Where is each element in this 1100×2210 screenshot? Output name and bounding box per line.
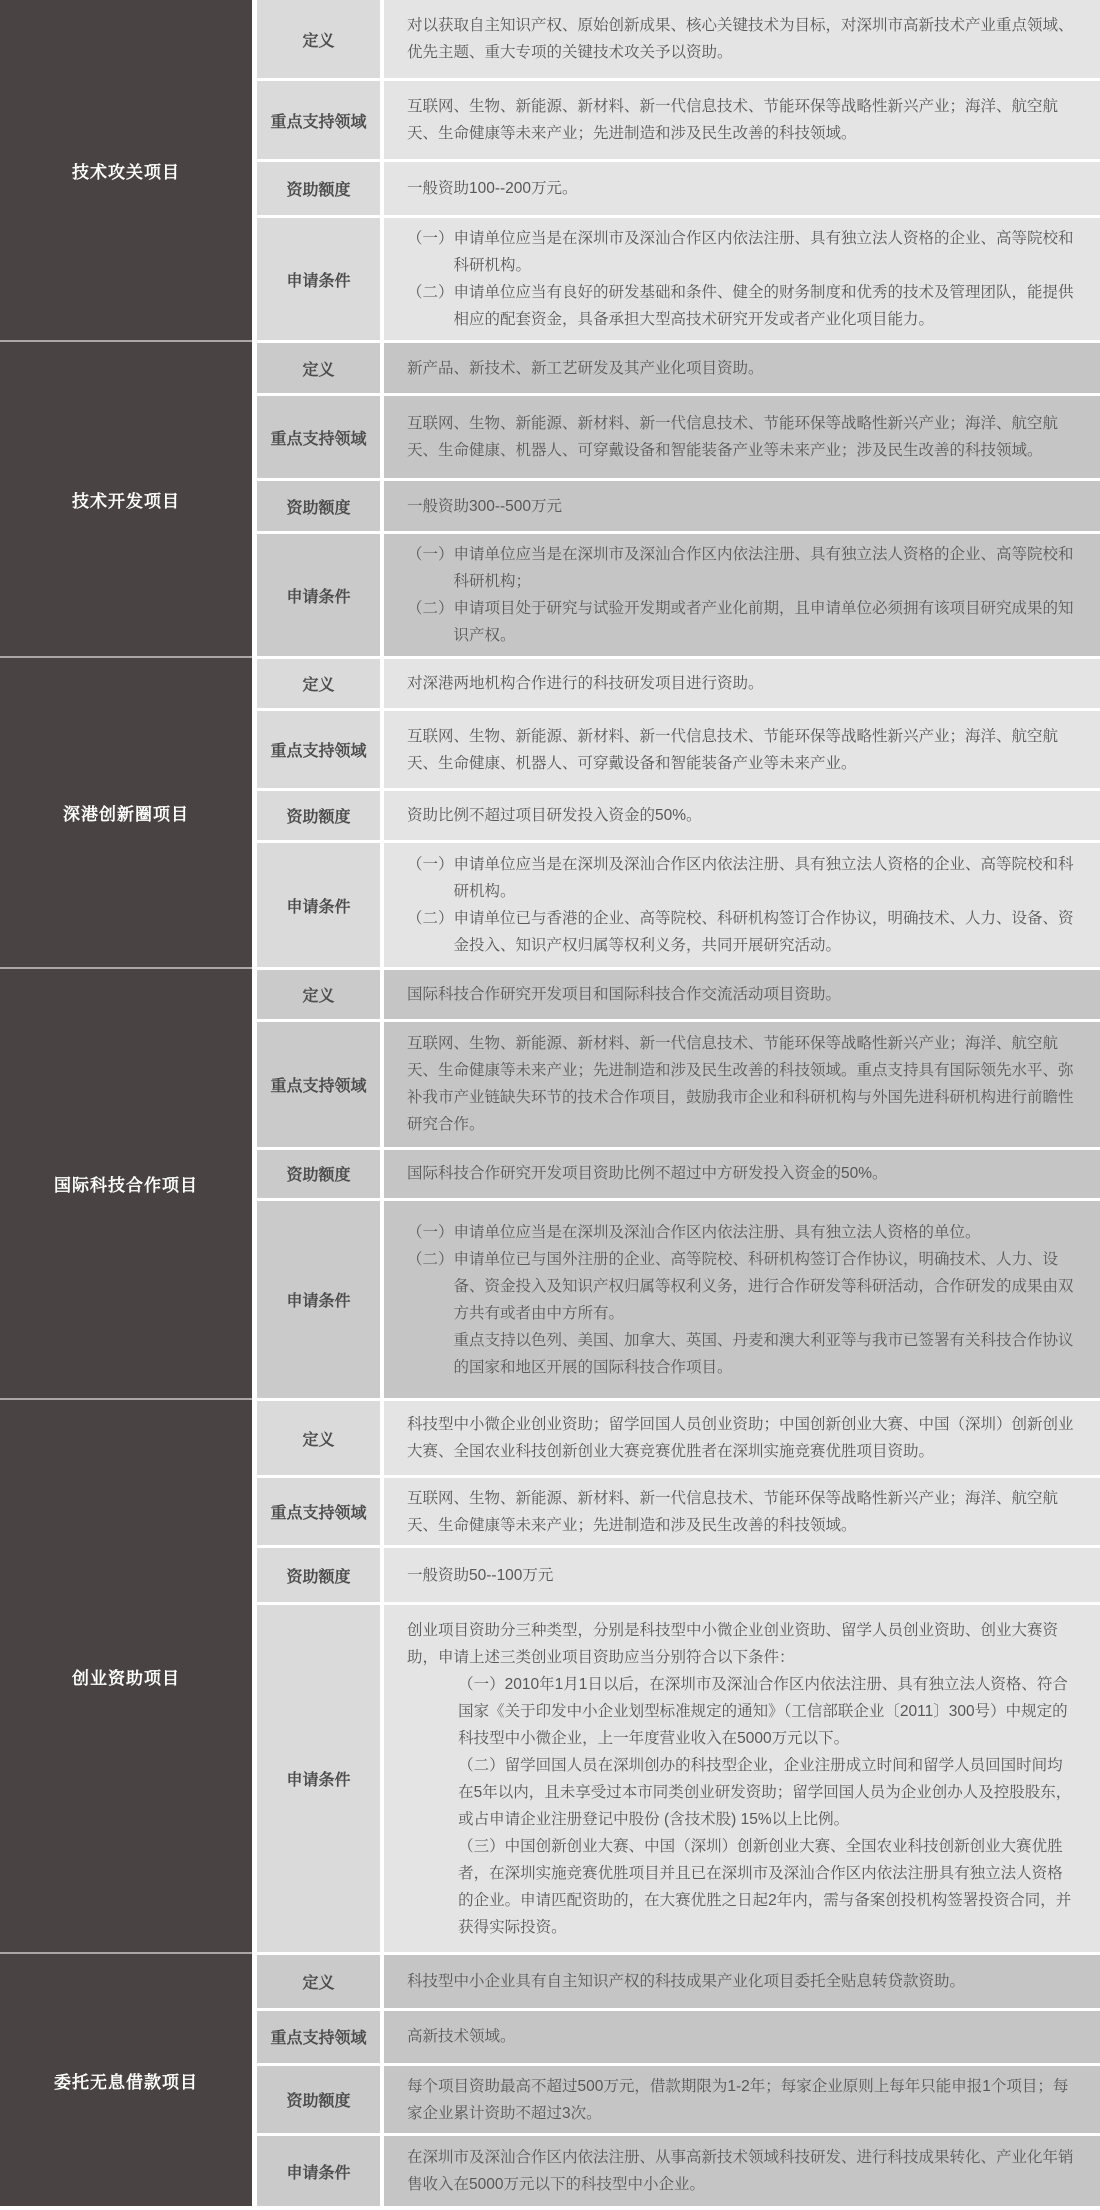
row-label: 重点支持领域: [257, 1478, 380, 1545]
row-label: 重点支持领域: [257, 1022, 380, 1147]
project-title: 深港创新圈项目: [0, 656, 252, 967]
row-label: 申请条件: [257, 2136, 380, 2206]
row-label: 重点支持领域: [257, 396, 380, 478]
table-row: 资助额度一般资助300--500万元: [257, 481, 1100, 531]
content-paragraph: 资助比例不超过项目研发投入资金的50%。: [407, 802, 1078, 829]
table-row: 定义科技型中小微企业创业资助；留学回国人员创业资助；中国创新创业大赛、中国（深圳…: [257, 1401, 1100, 1475]
project-title: 技术开发项目: [0, 340, 252, 656]
project-section: 委托无息借款项目定义科技型中小企业具有自主知识产权的科技成果产业化项目委托全贴息…: [0, 1952, 1100, 2206]
row-label: 重点支持领域: [257, 711, 380, 788]
row-content: 在深圳市及深汕合作区内依法注册、从事高新技术领域科技研发、进行科技成果转化、产业…: [384, 2136, 1100, 2206]
project-title: 创业资助项目: [0, 1398, 252, 1952]
row-label: 申请条件: [257, 1201, 380, 1398]
table-row: 重点支持领域互联网、生物、新能源、新材料、新一代信息技术、节能环保等战略性新兴产…: [257, 1022, 1100, 1147]
content-paragraph: （一）申请单位应当是在深圳及深汕合作区内依法注册、具有独立法人资格的单位。: [407, 1219, 1078, 1246]
table-row: 重点支持领域互联网、生物、新能源、新材料、新一代信息技术、节能环保等战略性新兴产…: [257, 81, 1100, 159]
project-title: 委托无息借款项目: [0, 1952, 252, 2206]
content-paragraph: 对深港两地机构合作进行的科技研发项目进行资助。: [407, 670, 1078, 697]
row-label: 资助额度: [257, 791, 380, 840]
table-row: 资助额度资助比例不超过项目研发投入资金的50%。: [257, 791, 1100, 840]
row-content: 对以获取自主知识产权、原始创新成果、核心关键技术为目标，对深圳市高新技术产业重点…: [384, 0, 1100, 78]
row-content: 高新技术领域。: [384, 2011, 1100, 2064]
content-paragraph: 互联网、生物、新能源、新材料、新一代信息技术、节能环保等战略性新兴产业；海洋、航…: [407, 93, 1078, 147]
project-title: 技术攻关项目: [0, 0, 252, 340]
table-row: 资助额度每个项目资助最高不超过500万元，借款期限为1-2年；每家企业原则上每年…: [257, 2066, 1100, 2133]
row-content: 资助比例不超过项目研发投入资金的50%。: [384, 791, 1100, 840]
row-content: 创业项目资助分三种类型，分别是科技型中小微企业创业资助、留学人员创业资助、创业大…: [384, 1605, 1100, 1952]
content-paragraph: 创业项目资助分三种类型，分别是科技型中小微企业创业资助、留学人员创业资助、创业大…: [407, 1617, 1078, 1671]
table-row: 申请条件在深圳市及深汕合作区内依法注册、从事高新技术领域科技研发、进行科技成果转…: [257, 2136, 1100, 2206]
row-content: （一）申请单位应当是在深圳及深汕合作区内依法注册、具有独立法人资格的单位。（二）…: [384, 1201, 1100, 1398]
table-row: 定义对以获取自主知识产权、原始创新成果、核心关键技术为目标，对深圳市高新技术产业…: [257, 0, 1100, 78]
project-section: 国际科技合作项目定义国际科技合作研究开发项目和国际科技合作交流活动项目资助。重点…: [0, 967, 1100, 1398]
row-content: 一般资助100--200万元。: [384, 162, 1100, 215]
row-label: 申请条件: [257, 218, 380, 340]
row-content: 互联网、生物、新能源、新材料、新一代信息技术、节能环保等战略性新兴产业；海洋、航…: [384, 1022, 1100, 1147]
content-paragraph: 国际科技合作研究开发项目资助比例不超过中方研发投入资金的50%。: [407, 1160, 1078, 1187]
row-content: （一）申请单位应当是在深圳市及深汕合作区内依法注册、具有独立法人资格的企业、高等…: [384, 218, 1100, 340]
table-row: 重点支持领域互联网、生物、新能源、新材料、新一代信息技术、节能环保等战略性新兴产…: [257, 711, 1100, 788]
content-paragraph: 一般资助300--500万元: [407, 493, 1078, 520]
section-rows: 定义新产品、新技术、新工艺研发及其产业化项目资助。重点支持领域互联网、生物、新能…: [257, 340, 1100, 656]
content-paragraph: 国际科技合作研究开发项目和国际科技合作交流活动项目资助。: [407, 981, 1078, 1008]
content-paragraph: （二）申请单位已与国外注册的企业、高等院校、科研机构签订合作协议，明确技术、人力…: [407, 1246, 1078, 1327]
table-row: 申请条件（一）申请单位应当是在深圳市及深汕合作区内依法注册、具有独立法人资格的企…: [257, 218, 1100, 340]
section-rows: 定义国际科技合作研究开发项目和国际科技合作交流活动项目资助。重点支持领域互联网、…: [257, 967, 1100, 1398]
table-row: 资助额度国际科技合作研究开发项目资助比例不超过中方研发投入资金的50%。: [257, 1150, 1100, 1199]
row-content: （一）申请单位应当是在深圳市及深汕合作区内依法注册、具有独立法人资格的企业、高等…: [384, 534, 1100, 656]
table-row: 申请条件（一）申请单位应当是在深圳市及深汕合作区内依法注册、具有独立法人资格的企…: [257, 534, 1100, 656]
content-paragraph: 一般资助100--200万元。: [407, 175, 1078, 202]
content-paragraph: （二）申请项目处于研究与试验开发期或者产业化前期，且申请单位必须拥有该项目研究成…: [407, 595, 1078, 649]
section-rows: 定义对深港两地机构合作进行的科技研发项目进行资助。重点支持领域互联网、生物、新能…: [257, 656, 1100, 967]
row-label: 资助额度: [257, 1150, 380, 1199]
row-content: 科技型中小企业具有自主知识产权的科技成果产业化项目委托全贴息转贷款资助。: [384, 1955, 1100, 2008]
row-label: 定义: [257, 970, 380, 1019]
content-paragraph: （二）申请单位应当有良好的研发基础和条件、健全的财务制度和优秀的技术及管理团队，…: [407, 279, 1078, 333]
section-rows: 定义对以获取自主知识产权、原始创新成果、核心关键技术为目标，对深圳市高新技术产业…: [257, 0, 1100, 340]
row-content: 新产品、新技术、新工艺研发及其产业化项目资助。: [384, 343, 1100, 393]
row-label: 定义: [257, 1955, 380, 2008]
row-content: 互联网、生物、新能源、新材料、新一代信息技术、节能环保等战略性新兴产业；海洋、航…: [384, 711, 1100, 788]
projects-table: 技术攻关项目定义对以获取自主知识产权、原始创新成果、核心关键技术为目标，对深圳市…: [0, 0, 1100, 2210]
row-label: 定义: [257, 0, 380, 78]
content-paragraph: 科技型中小微企业创业资助；留学回国人员创业资助；中国创新创业大赛、中国（深圳）创…: [407, 1411, 1078, 1465]
content-paragraph: 高新技术领域。: [407, 2023, 1078, 2050]
content-paragraph: 互联网、生物、新能源、新材料、新一代信息技术、节能环保等战略性新兴产业；海洋、航…: [407, 1030, 1078, 1138]
row-label: 重点支持领域: [257, 2011, 380, 2064]
project-section: 技术攻关项目定义对以获取自主知识产权、原始创新成果、核心关键技术为目标，对深圳市…: [0, 0, 1100, 340]
table-row: 重点支持领域高新技术领域。: [257, 2011, 1100, 2064]
content-paragraph: 重点支持以色列、美国、加拿大、英国、丹麦和澳大利亚等与我市已签署有关科技合作协议…: [407, 1327, 1078, 1381]
table-row: 申请条件创业项目资助分三种类型，分别是科技型中小微企业创业资助、留学人员创业资助…: [257, 1605, 1100, 1952]
content-paragraph: （三）中国创新创业大赛、中国（深圳）创新创业大赛、全国农业科技创新创业大赛优胜者…: [407, 1833, 1078, 1941]
table-row: 申请条件（一）申请单位应当是在深圳及深汕合作区内依法注册、具有独立法人资格的企业…: [257, 843, 1100, 967]
content-paragraph: 每个项目资助最高不超过500万元，借款期限为1-2年；每家企业原则上每年只能申报…: [407, 2073, 1078, 2127]
row-content: 互联网、生物、新能源、新材料、新一代信息技术、节能环保等战略性新兴产业；海洋、航…: [384, 1478, 1100, 1545]
row-label: 定义: [257, 343, 380, 393]
row-label: 重点支持领域: [257, 81, 380, 159]
row-label: 资助额度: [257, 1548, 380, 1602]
content-paragraph: 在深圳市及深汕合作区内依法注册、从事高新技术领域科技研发、进行科技成果转化、产业…: [407, 2144, 1078, 2198]
table-row: 定义对深港两地机构合作进行的科技研发项目进行资助。: [257, 659, 1100, 708]
content-paragraph: 互联网、生物、新能源、新材料、新一代信息技术、节能环保等战略性新兴产业；海洋、航…: [407, 1485, 1078, 1539]
content-paragraph: （一）2010年1月1日以后，在深圳市及深汕合作区内依法注册、具有独立法人资格、…: [407, 1671, 1078, 1752]
row-label: 资助额度: [257, 2066, 380, 2133]
row-content: 对深港两地机构合作进行的科技研发项目进行资助。: [384, 659, 1100, 708]
row-content: 科技型中小微企业创业资助；留学回国人员创业资助；中国创新创业大赛、中国（深圳）创…: [384, 1401, 1100, 1475]
content-paragraph: （一）申请单位应当是在深圳市及深汕合作区内依法注册、具有独立法人资格的企业、高等…: [407, 541, 1078, 595]
section-rows: 定义科技型中小微企业创业资助；留学回国人员创业资助；中国创新创业大赛、中国（深圳…: [257, 1398, 1100, 1952]
row-label: 资助额度: [257, 162, 380, 215]
row-label: 定义: [257, 1401, 380, 1475]
content-paragraph: （一）申请单位应当是在深圳及深汕合作区内依法注册、具有独立法人资格的企业、高等院…: [407, 851, 1078, 905]
row-content: 每个项目资助最高不超过500万元，借款期限为1-2年；每家企业原则上每年只能申报…: [384, 2066, 1100, 2133]
row-content: 国际科技合作研究开发项目资助比例不超过中方研发投入资金的50%。: [384, 1150, 1100, 1199]
table-row: 定义科技型中小企业具有自主知识产权的科技成果产业化项目委托全贴息转贷款资助。: [257, 1955, 1100, 2008]
content-paragraph: 互联网、生物、新能源、新材料、新一代信息技术、节能环保等战略性新兴产业；海洋、航…: [407, 410, 1078, 464]
content-paragraph: 新产品、新技术、新工艺研发及其产业化项目资助。: [407, 355, 1078, 382]
content-paragraph: 对以获取自主知识产权、原始创新成果、核心关键技术为目标，对深圳市高新技术产业重点…: [407, 12, 1078, 66]
content-paragraph: 科技型中小企业具有自主知识产权的科技成果产业化项目委托全贴息转贷款资助。: [407, 1968, 1078, 1995]
content-paragraph: （二）申请单位已与香港的企业、高等院校、科研机构签订合作协议，明确技术、人力、设…: [407, 905, 1078, 959]
row-label: 定义: [257, 659, 380, 708]
row-label: 申请条件: [257, 843, 380, 967]
project-title: 国际科技合作项目: [0, 967, 252, 1398]
table-row: 申请条件（一）申请单位应当是在深圳及深汕合作区内依法注册、具有独立法人资格的单位…: [257, 1201, 1100, 1398]
content-paragraph: 互联网、生物、新能源、新材料、新一代信息技术、节能环保等战略性新兴产业；海洋、航…: [407, 723, 1078, 777]
table-row: 资助额度一般资助50--100万元: [257, 1548, 1100, 1602]
content-paragraph: （一）申请单位应当是在深圳市及深汕合作区内依法注册、具有独立法人资格的企业、高等…: [407, 225, 1078, 279]
project-section: 深港创新圈项目定义对深港两地机构合作进行的科技研发项目进行资助。重点支持领域互联…: [0, 656, 1100, 967]
row-label: 资助额度: [257, 481, 380, 531]
table-row: 重点支持领域互联网、生物、新能源、新材料、新一代信息技术、节能环保等战略性新兴产…: [257, 1478, 1100, 1545]
row-content: 国际科技合作研究开发项目和国际科技合作交流活动项目资助。: [384, 970, 1100, 1019]
row-content: 互联网、生物、新能源、新材料、新一代信息技术、节能环保等战略性新兴产业；海洋、航…: [384, 396, 1100, 478]
row-label: 申请条件: [257, 534, 380, 656]
table-row: 资助额度一般资助100--200万元。: [257, 162, 1100, 215]
content-paragraph: 一般资助50--100万元: [407, 1562, 1078, 1589]
content-paragraph: （二）留学回国人员在深圳创办的科技型企业，企业注册成立时间和留学人员回国时间均在…: [407, 1752, 1078, 1833]
section-rows: 定义科技型中小企业具有自主知识产权的科技成果产业化项目委托全贴息转贷款资助。重点…: [257, 1952, 1100, 2206]
table-row: 重点支持领域互联网、生物、新能源、新材料、新一代信息技术、节能环保等战略性新兴产…: [257, 396, 1100, 478]
table-row: 定义新产品、新技术、新工艺研发及其产业化项目资助。: [257, 343, 1100, 393]
project-section: 技术开发项目定义新产品、新技术、新工艺研发及其产业化项目资助。重点支持领域互联网…: [0, 340, 1100, 656]
row-label: 申请条件: [257, 1605, 380, 1952]
row-content: （一）申请单位应当是在深圳及深汕合作区内依法注册、具有独立法人资格的企业、高等院…: [384, 843, 1100, 967]
row-content: 一般资助50--100万元: [384, 1548, 1100, 1602]
project-section: 创业资助项目定义科技型中小微企业创业资助；留学回国人员创业资助；中国创新创业大赛…: [0, 1398, 1100, 1952]
row-content: 一般资助300--500万元: [384, 481, 1100, 531]
row-content: 互联网、生物、新能源、新材料、新一代信息技术、节能环保等战略性新兴产业；海洋、航…: [384, 81, 1100, 159]
table-row: 定义国际科技合作研究开发项目和国际科技合作交流活动项目资助。: [257, 970, 1100, 1019]
